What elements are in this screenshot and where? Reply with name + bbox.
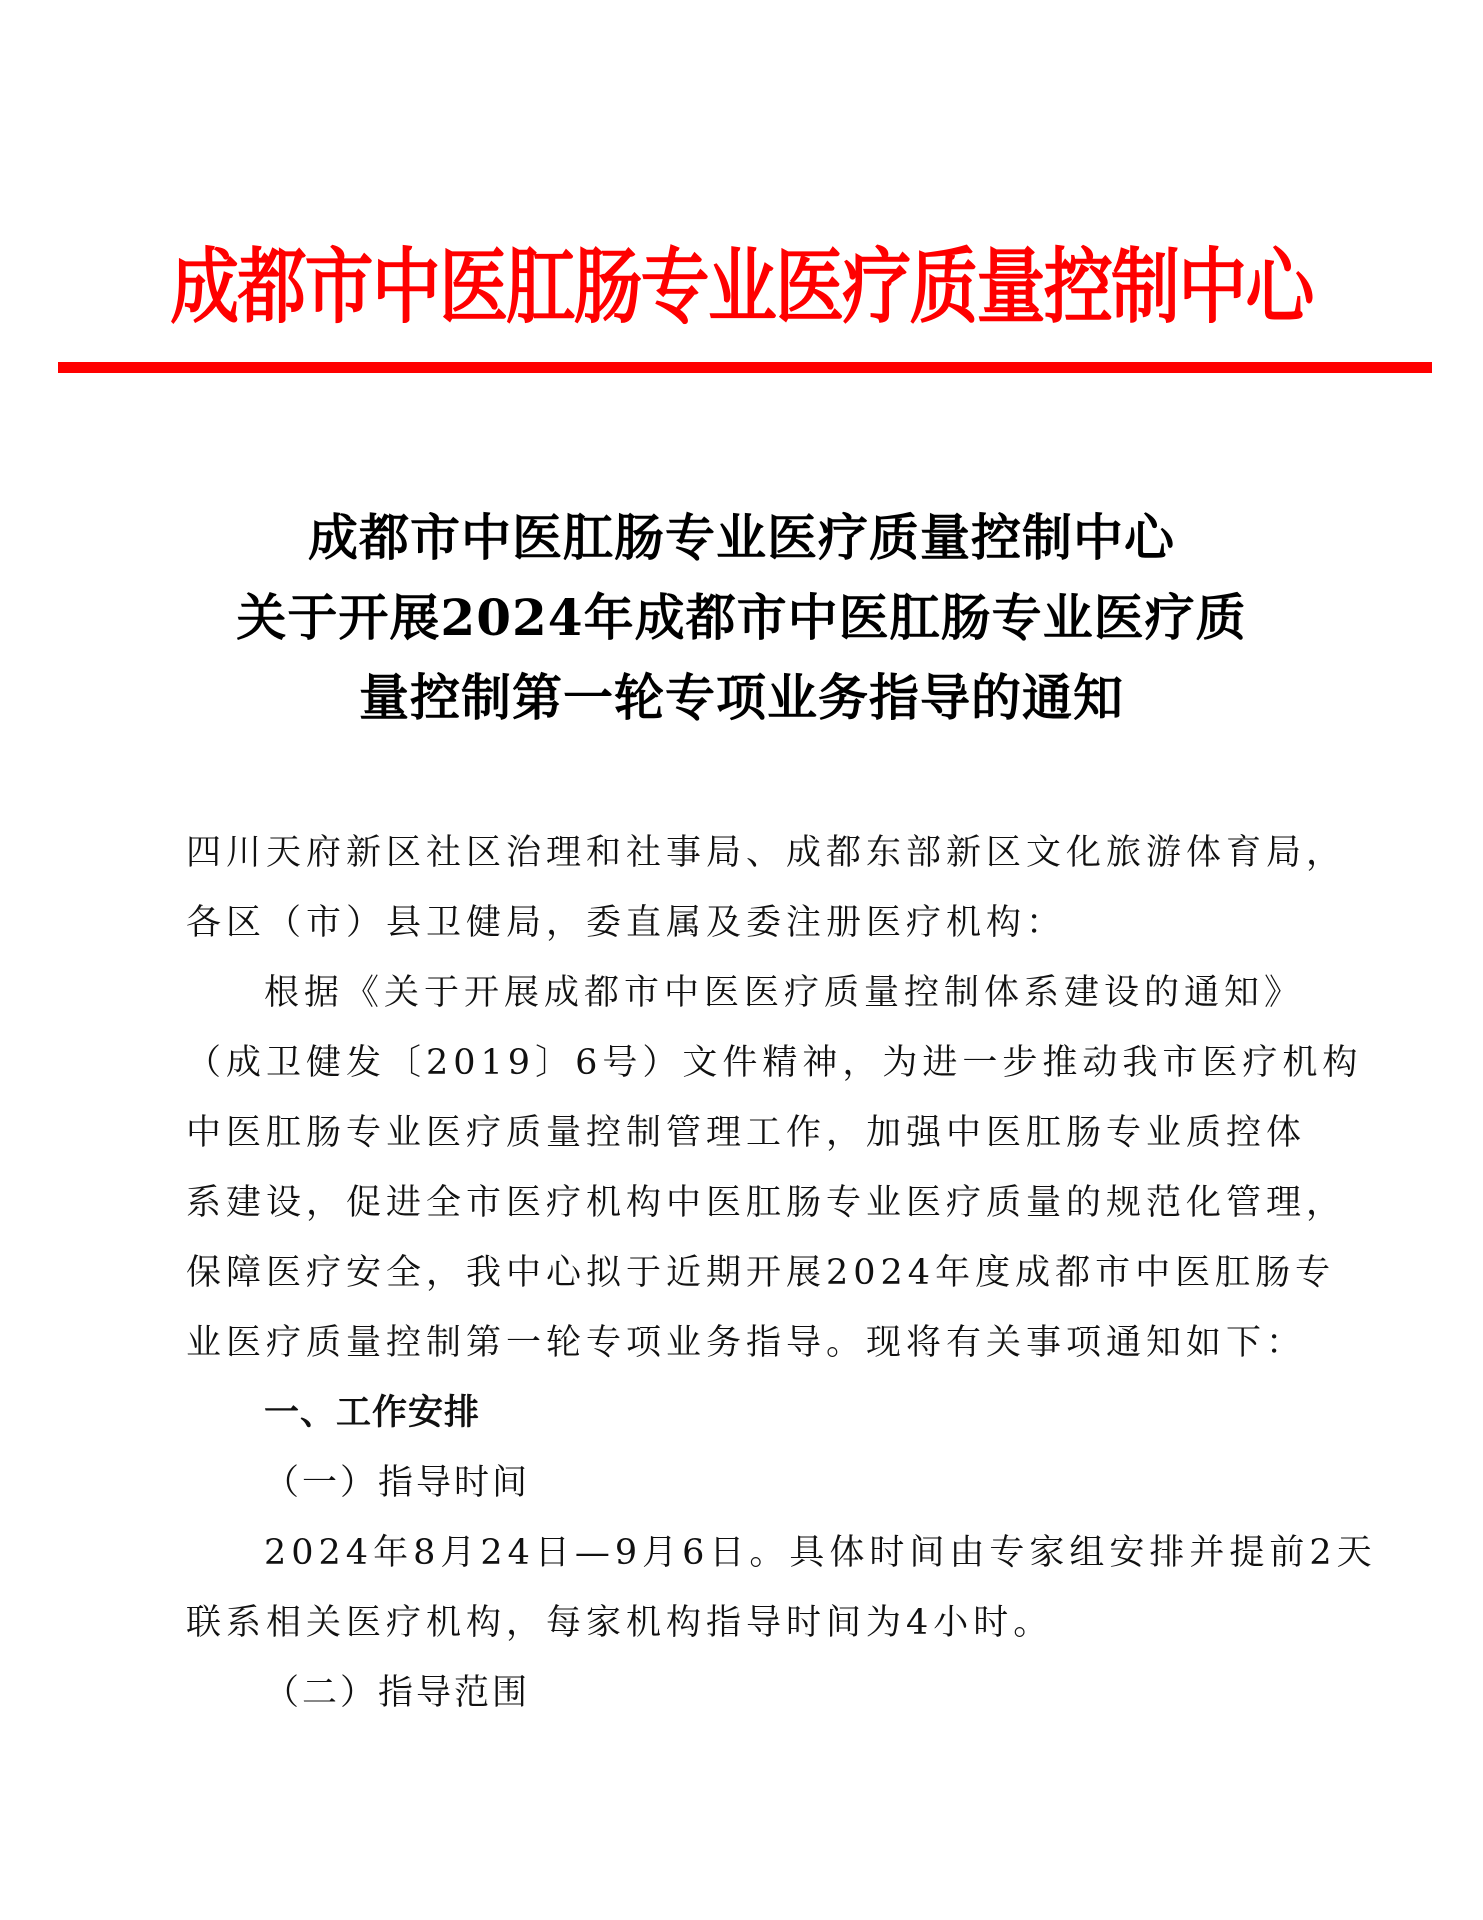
intro-line-6: 业医疗质量控制第一轮专项业务指导。现将有关事项通知如下： xyxy=(186,1308,1298,1378)
document-page: 成都市中医肛肠专业医疗质量控制中心 成都市中医肛肠专业医疗质量控制中心 关于开展… xyxy=(0,0,1483,1920)
guidance-time-line-1: 2024年8月24日—9月6日。具体时间由专家组安排并提前2天 xyxy=(186,1518,1298,1588)
title-line-2: 关于开展2024年成都市中医肛肠专业医疗质 xyxy=(0,578,1483,658)
subsection-heading-guidance-scope: （二）指导范围 xyxy=(186,1658,1298,1728)
intro-line-5: 保障医疗安全，我中心拟于近期开展2024年度成都市中医肛肠专 xyxy=(186,1238,1298,1308)
document-title: 成都市中医肛肠专业医疗质量控制中心 关于开展2024年成都市中医肛肠专业医疗质 … xyxy=(0,498,1483,738)
letterhead-org-name: 成都市中医肛肠专业医疗质量控制中心 xyxy=(119,228,1365,346)
recipients-line-2: 各区（市）县卫健局，委直属及委注册医疗机构： xyxy=(186,888,1298,958)
intro-line-4: 系建设，促进全市医疗机构中医肛肠专业医疗质量的规范化管理， xyxy=(186,1168,1298,1238)
intro-line-1: 根据《关于开展成都市中医医疗质量控制体系建设的通知》 xyxy=(186,958,1298,1028)
recipients-line-1: 四川天府新区社区治理和社事局、成都东部新区文化旅游体育局， xyxy=(186,818,1298,888)
document-body: 四川天府新区社区治理和社事局、成都东部新区文化旅游体育局， 各区（市）县卫健局，… xyxy=(186,818,1298,1728)
intro-line-3: 中医肛肠专业医疗质量控制管理工作，加强中医肛肠专业质控体 xyxy=(186,1098,1298,1168)
section-heading-work-arrangement: 一、工作安排 xyxy=(186,1378,1298,1448)
guidance-time-line-2: 联系相关医疗机构，每家机构指导时间为4小时。 xyxy=(186,1588,1298,1658)
intro-line-2: （成卫健发〔2019〕6号）文件精神，为进一步推动我市医疗机构 xyxy=(186,1028,1298,1098)
title-line-1: 成都市中医肛肠专业医疗质量控制中心 xyxy=(0,498,1483,578)
title-line-3: 量控制第一轮专项业务指导的通知 xyxy=(0,658,1483,738)
subsection-heading-guidance-time: （一）指导时间 xyxy=(186,1448,1298,1518)
letterhead-red-rule xyxy=(58,362,1432,373)
